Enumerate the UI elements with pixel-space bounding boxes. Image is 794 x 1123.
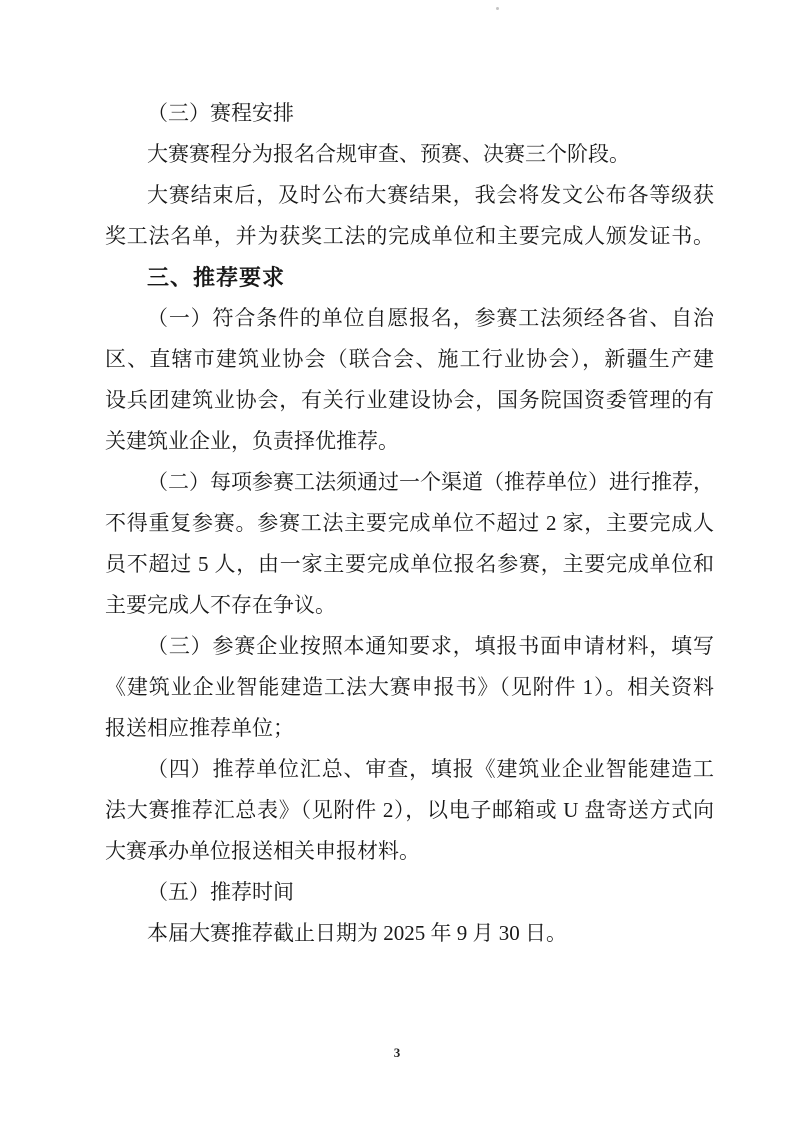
body-text-line: 关建筑业企业，负责择优推荐。	[105, 421, 714, 462]
heading-recommendation-time: （五）推荐时间	[105, 872, 714, 913]
body-text-line: （二）每项参赛工法须通过一个渠道（推荐单位）进行推荐，	[105, 462, 714, 503]
paragraph-schedule-heading: （三）赛程安排	[105, 93, 714, 134]
scan-speck	[496, 7, 499, 10]
body-text-line: 设兵团建筑业协会，有关行业建设协会，国务院国资委管理的有	[105, 380, 714, 421]
body-text-line: 主要完成人不存在争议。	[105, 585, 714, 626]
paragraph-item-1-eligibility: （一）符合条件的单位自愿报名，参赛工法须经各省、自治 区、直辖市建筑业协会（联合…	[105, 298, 714, 462]
body-text-line: 法大赛推荐汇总表》（见附件 2），以电子邮箱或 U 盘寄送方式向	[105, 790, 714, 831]
paragraph-recommendation-time-heading: （五）推荐时间	[105, 872, 714, 913]
body-text-line: 报送相应推荐单位；	[105, 708, 714, 749]
heading-schedule-arrangement: （三）赛程安排	[105, 93, 714, 134]
body-text-line: 大赛承办单位报送相关申报材料。	[105, 831, 714, 872]
paragraph-schedule-stages: 大赛赛程分为报名合规审查、预赛、决赛三个阶段。	[105, 134, 714, 175]
page-number: 3	[0, 1045, 794, 1061]
paragraph-section-recommendation-requirements: 三、推荐要求	[105, 257, 714, 298]
body-text-line: 奖工法名单，并为获奖工法的完成单位和主要完成人颁发证书。	[105, 216, 714, 257]
paragraph-deadline: 本届大赛推荐截止日期为 2025 年 9 月 30 日。	[105, 913, 714, 954]
body-text-line: 不得重复参赛。参赛工法主要完成单位不超过 2 家，主要完成人	[105, 503, 714, 544]
document-body: （三）赛程安排 大赛赛程分为报名合规审查、预赛、决赛三个阶段。 大赛结束后，及时…	[105, 93, 714, 954]
paragraph-item-3-application-materials: （三）参赛企业按照本通知要求，填报书面申请材料，填写 《建筑业企业智能建造工法大…	[105, 626, 714, 749]
document-page: （三）赛程安排 大赛赛程分为报名合规审查、预赛、决赛三个阶段。 大赛结束后，及时…	[0, 0, 794, 1123]
paragraph-results-announcement: 大赛结束后，及时公布大赛结果，我会将发文公布各等级获 奖工法名单，并为获奖工法的…	[105, 175, 714, 257]
body-text-line: （一）符合条件的单位自愿报名，参赛工法须经各省、自治	[105, 298, 714, 339]
body-text-line: 区、直辖市建筑业协会（联合会、施工行业协会），新疆生产建	[105, 339, 714, 380]
body-text-line: 大赛结束后，及时公布大赛结果，我会将发文公布各等级获	[105, 175, 714, 216]
paragraph-item-4-summary-review: （四）推荐单位汇总、审查，填报《建筑业企业智能建造工 法大赛推荐汇总表》（见附件…	[105, 749, 714, 872]
paragraph-item-2-single-channel: （二）每项参赛工法须通过一个渠道（推荐单位）进行推荐， 不得重复参赛。参赛工法主…	[105, 462, 714, 626]
body-text-line: 《建筑业企业智能建造工法大赛申报书》（见附件 1）。相关资料	[105, 667, 714, 708]
body-text-line: （四）推荐单位汇总、审查，填报《建筑业企业智能建造工	[105, 749, 714, 790]
body-text-line: 本届大赛推荐截止日期为 2025 年 9 月 30 日。	[105, 913, 714, 954]
body-text-line: （三）参赛企业按照本通知要求，填报书面申请材料，填写	[105, 626, 714, 667]
body-text-line: 员不超过 5 人，由一家主要完成单位报名参赛，主要完成单位和	[105, 544, 714, 585]
heading-recommendation-requirements: 三、推荐要求	[105, 257, 714, 298]
body-text-line: 大赛赛程分为报名合规审查、预赛、决赛三个阶段。	[105, 134, 714, 175]
